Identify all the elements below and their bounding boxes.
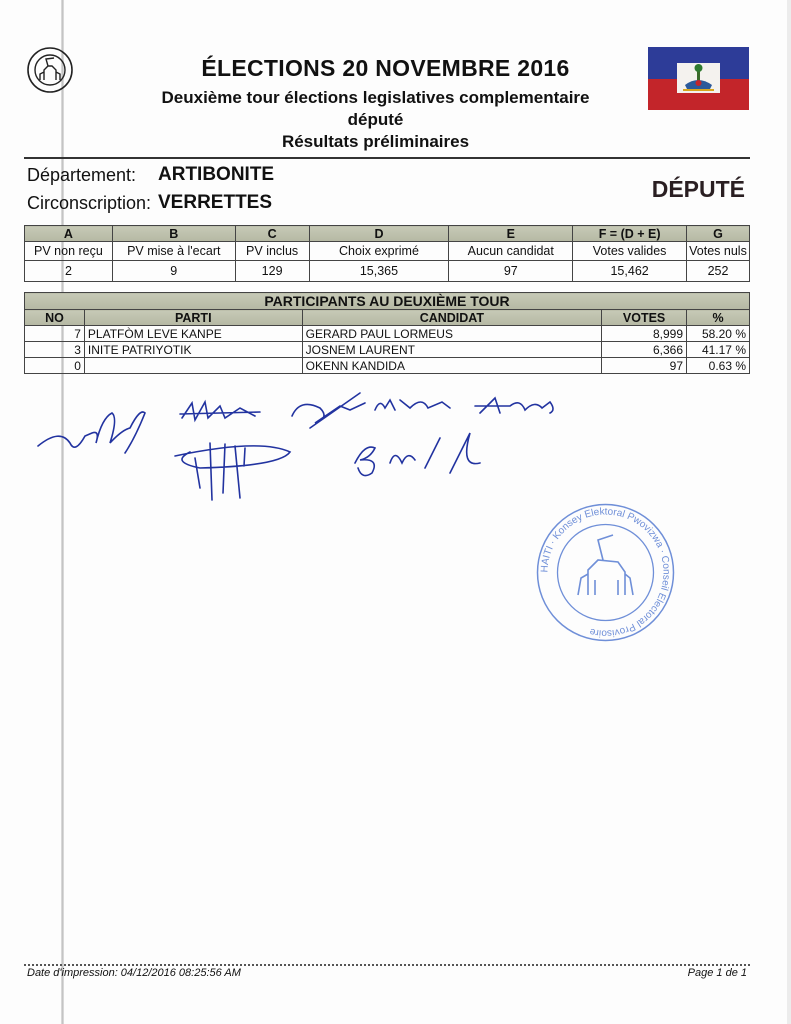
summary-labels-row: PV non reçu PV mise à l'ecart PV inclus … <box>25 242 750 261</box>
col-letter: F = (D + E) <box>573 226 687 242</box>
aucun-candidat-value: 97 <box>449 261 573 282</box>
col-label: PV inclus <box>235 242 309 261</box>
signature-3 <box>292 393 365 428</box>
col-label: Votes valides <box>573 242 687 261</box>
col-letter: C <box>235 226 309 242</box>
scan-artifact-line <box>61 0 64 1024</box>
participants-table: PARTICIPANTS AU DEUXIÈME TOUR NO PARTI C… <box>24 292 750 374</box>
circonscription-label: Circonscription: <box>27 193 151 214</box>
candidate-votes: 97 <box>602 358 687 374</box>
page-number: Page 1 de 1 <box>688 967 747 979</box>
pv-non-recu-value: 2 <box>25 261 113 282</box>
signature-2 <box>180 402 260 420</box>
participants-header-row: NO PARTI CANDIDAT VOTES % <box>25 310 750 326</box>
col-label: Votes nuls <box>687 242 750 261</box>
official-stamp: HAITI · Konsey Elektoral Pwovizwa · Cons… <box>533 500 678 645</box>
participants-caption: PARTICIPANTS AU DEUXIÈME TOUR <box>25 293 750 310</box>
col-letter: G <box>687 226 750 242</box>
col-label: PV non reçu <box>25 242 113 261</box>
summary-values-row: 2 9 129 15,365 97 15,462 252 <box>25 261 750 282</box>
summary-letters-row: A B C D E F = (D + E) G <box>25 226 750 242</box>
col-letter: E <box>449 226 573 242</box>
candidate-name: OKENN KANDIDA <box>302 358 602 374</box>
print-date: Date d'impression: 04/12/2016 08:25:56 A… <box>27 967 241 979</box>
col-label: PV mise à l'ecart <box>112 242 235 261</box>
race-label: DÉPUTÉ <box>652 176 745 203</box>
signatures <box>30 388 630 508</box>
candidate-votes: 6,366 <box>602 342 687 358</box>
candidate-pct: 0.63 % <box>687 358 750 374</box>
footer-divider <box>24 964 750 966</box>
candidate-name: GERARD PAUL LORMEUS <box>302 326 602 342</box>
col-letter: B <box>112 226 235 242</box>
table-row: 0 OKENN KANDIDA 97 0.63 % <box>25 358 750 374</box>
header-candidat: CANDIDAT <box>302 310 602 326</box>
candidate-pct: 58.20 % <box>687 326 750 342</box>
stamp-text: HAITI · Konsey Elektoral Pwovizwa · Cons… <box>539 506 671 638</box>
office-label: député <box>0 110 771 130</box>
col-label: Aucun candidat <box>449 242 573 261</box>
candidate-no: 3 <box>25 342 85 358</box>
pv-inclus-value: 129 <box>235 261 309 282</box>
col-letter: A <box>25 226 113 242</box>
candidate-name: JOSNEM LAURENT <box>302 342 602 358</box>
pv-mise-a-lecart-value: 9 <box>112 261 235 282</box>
votes-nuls-value: 252 <box>687 261 750 282</box>
candidate-no: 7 <box>25 326 85 342</box>
document-title: ÉLECTIONS 20 NOVEMBRE 2016 <box>0 55 781 82</box>
signature-1 <box>38 412 145 453</box>
header-divider <box>24 157 750 159</box>
candidate-party: INITE PATRIYOTIK <box>84 342 302 358</box>
candidate-party: PLATFÒM LEVE KANPE <box>84 326 302 342</box>
header-no: NO <box>25 310 85 326</box>
signature-4 <box>375 400 450 410</box>
circonscription-value: VERRETTES <box>158 192 272 214</box>
document-subtitle: Deuxième tour élections legislatives com… <box>0 88 771 108</box>
header-pct: % <box>687 310 750 326</box>
candidate-pct: 41.17 % <box>687 342 750 358</box>
col-letter: D <box>309 226 449 242</box>
choix-exprime-value: 15,365 <box>309 261 449 282</box>
svg-text:HAITI · Konsey Elektoral Pwovi: HAITI · Konsey Elektoral Pwovizwa · Cons… <box>539 506 671 638</box>
scan-edge <box>787 0 791 1024</box>
header-votes: VOTES <box>602 310 687 326</box>
signature-7 <box>355 433 480 476</box>
signature-5 <box>475 398 553 413</box>
votes-valides-value: 15,462 <box>573 261 687 282</box>
candidate-party <box>84 358 302 374</box>
signature-6 <box>175 443 290 500</box>
summary-table: A B C D E F = (D + E) G PV non reçu PV m… <box>24 225 750 282</box>
col-label: Choix exprimé <box>309 242 449 261</box>
results-status: Résultats préliminaires <box>0 132 771 152</box>
table-row: 3 INITE PATRIYOTIK JOSNEM LAURENT 6,366 … <box>25 342 750 358</box>
candidate-no: 0 <box>25 358 85 374</box>
department-label: Département: <box>27 165 136 186</box>
header-parti: PARTI <box>84 310 302 326</box>
candidate-votes: 8,999 <box>602 326 687 342</box>
table-row: 7 PLATFÒM LEVE KANPE GERARD PAUL LORMEUS… <box>25 326 750 342</box>
department-value: ARTIBONITE <box>158 164 274 186</box>
